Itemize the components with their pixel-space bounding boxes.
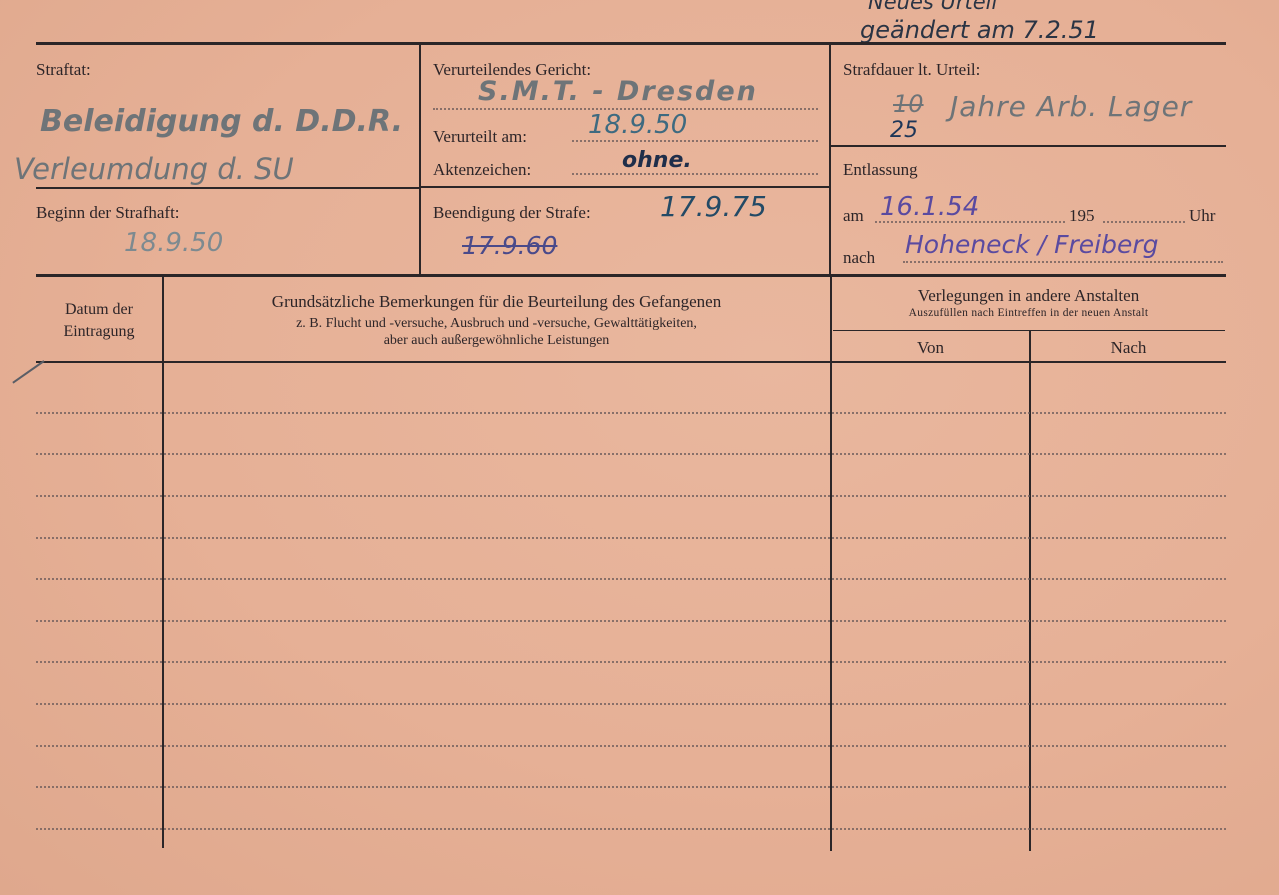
release-year-prefix: 195 — [1069, 206, 1095, 226]
convicted-on-label: Verurteilt am: — [433, 127, 527, 147]
release-label: Entlassung — [843, 160, 918, 180]
top-border-rule — [36, 42, 1226, 45]
convicted-on-dotline — [572, 140, 818, 142]
sentence-bottom-rule — [831, 145, 1226, 147]
col-date-header-line2: Eintragung — [40, 323, 158, 341]
offense-value-line2[interactable]: Verleumdung d. SU — [14, 152, 294, 186]
annotation-new-verdict: Neues Urteil — [868, 0, 997, 14]
col-transfer-sub: Auszufüllen nach Eintreffen in der neuen… — [831, 307, 1226, 319]
col-divider-date — [162, 276, 164, 848]
file-number-value[interactable]: ohne. — [622, 148, 692, 173]
convicted-on-value[interactable]: 18.9.50 — [588, 110, 687, 140]
release-nach-value[interactable]: Hoheneck / Freiberg — [905, 230, 1158, 259]
upper-divider-1 — [419, 44, 421, 275]
col-divider-from-to — [1029, 331, 1031, 851]
sentence-struck-value: 10 — [893, 90, 924, 118]
release-time-dotline — [1103, 221, 1185, 223]
release-uhr-label: Uhr — [1189, 206, 1215, 226]
court-value[interactable]: S.M.T. - Dresden — [478, 76, 758, 107]
offense-label: Straftat: — [36, 60, 91, 80]
release-am-value[interactable]: 16.1.54 — [880, 192, 979, 222]
release-am-label: am — [843, 206, 864, 226]
col-divider-remarks — [830, 276, 832, 851]
end-label: Beendigung der Strafe: — [433, 203, 591, 223]
table-row[interactable] — [36, 745, 1226, 747]
table-top-rule — [36, 274, 1226, 277]
sentence-corrected-value[interactable]: 25 — [890, 118, 918, 143]
offense-value-line1[interactable]: Beleidigung d. D.D.R. — [40, 104, 403, 139]
file-number-label: Aktenzeichen: — [433, 160, 531, 180]
corner-pencil-mark — [12, 360, 44, 383]
table-header-bottom-rule — [36, 361, 1226, 363]
col-remarks-sub1: z. B. Flucht und -versuche, Ausbruch und… — [163, 316, 830, 332]
sentence-label: Strafdauer lt. Urteil: — [843, 60, 980, 80]
table-row[interactable] — [36, 453, 1226, 455]
col-remarks-title: Grundsätzliche Bemerkungen für die Beurt… — [163, 292, 830, 312]
table-row[interactable] — [36, 495, 1226, 497]
col-from-header: Von — [831, 338, 1030, 358]
annotation-changed-date: geändert am 7.2.51 — [860, 16, 1099, 44]
sentence-text[interactable]: Jahre Arb. Lager — [950, 90, 1192, 123]
table-row[interactable] — [36, 828, 1226, 830]
table-row[interactable] — [36, 578, 1226, 580]
col-date-header-line1: Datum der — [40, 301, 158, 319]
table-row[interactable] — [36, 786, 1226, 788]
end-value-struck: 17.9.60 — [462, 231, 557, 260]
start-label: Beginn der Strafhaft: — [36, 203, 180, 223]
col-transfer-title: Verlegungen in andere Anstalten — [831, 286, 1226, 306]
table-row[interactable] — [36, 661, 1226, 663]
table-row[interactable] — [36, 703, 1226, 705]
upper-divider-2 — [829, 44, 831, 275]
col-to-header: Nach — [1031, 338, 1226, 358]
release-nach-dotline — [903, 261, 1223, 263]
release-nach-label: nach — [843, 248, 875, 268]
file-number-dotline — [572, 173, 818, 175]
end-value[interactable]: 17.9.75 — [660, 190, 767, 223]
col-remarks-sub2: aber auch außergewöhnliche Leistungen — [163, 333, 830, 349]
court-bottom-rule — [420, 186, 829, 188]
table-row[interactable] — [36, 620, 1226, 622]
start-value[interactable]: 18.9.50 — [124, 228, 223, 258]
offense-bottom-rule — [36, 187, 420, 189]
table-row[interactable] — [36, 537, 1226, 539]
table-row[interactable] — [36, 412, 1226, 414]
